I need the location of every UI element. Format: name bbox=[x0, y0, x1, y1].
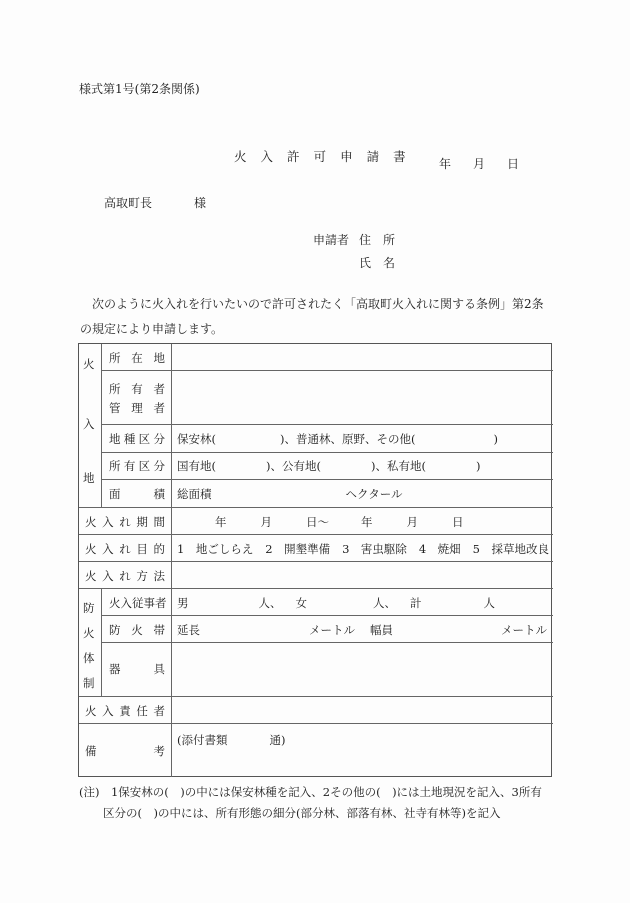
label-char: 分 bbox=[153, 458, 165, 474]
period-start-day: 日〜 bbox=[306, 515, 329, 529]
label-char: 任 bbox=[136, 703, 148, 719]
label-location: 所在地 bbox=[109, 350, 165, 366]
label-area: 面積 bbox=[109, 486, 165, 502]
group-char: 防 bbox=[83, 600, 95, 616]
title-char: 申 bbox=[340, 147, 353, 165]
title-char: 可 bbox=[314, 147, 327, 165]
label-char: 器 bbox=[109, 661, 121, 677]
label-char: 備 bbox=[85, 743, 97, 759]
label-char: れ bbox=[119, 568, 131, 584]
equipment-field[interactable] bbox=[177, 646, 547, 692]
label-char: 火 bbox=[85, 568, 97, 584]
label-method: 火入れ方法 bbox=[85, 568, 165, 584]
ownership-close: ) bbox=[476, 459, 481, 473]
addressee-name: 高取町長 bbox=[104, 196, 152, 210]
group-char: 制 bbox=[83, 675, 95, 691]
applicant-label: 申請者 bbox=[313, 233, 349, 247]
label-char: 間 bbox=[154, 514, 166, 530]
purpose-option-slash-burn[interactable]: 4 焼畑 bbox=[419, 541, 461, 557]
date-day[interactable]: 日 bbox=[507, 155, 519, 172]
period-end-day: 日 bbox=[452, 515, 464, 529]
workers-unit: 人、 bbox=[373, 596, 396, 610]
purpose-option-reclamation[interactable]: 2 開墾準備 bbox=[265, 541, 330, 557]
group-char: 体 bbox=[83, 650, 95, 666]
form-number: 様式第1号(第2条関係) bbox=[79, 80, 200, 97]
period-end-year: 年 bbox=[361, 515, 373, 529]
group-char: 地 bbox=[83, 470, 95, 486]
label-char: 入 bbox=[102, 568, 114, 584]
request-statement: 次のように火入れを行いたいので許可されたく「高取町火入れに関する条例」第2条の規… bbox=[80, 292, 554, 342]
attachment-unit: 通) bbox=[270, 733, 286, 747]
title-char: 請 bbox=[367, 147, 380, 165]
label-char: 的 bbox=[154, 541, 166, 557]
label-char: れ bbox=[119, 541, 131, 557]
remarks-field[interactable]: (添付書類通) bbox=[177, 732, 547, 772]
applicant-address: 申請者住 所 bbox=[313, 231, 395, 248]
label-char: 所 bbox=[109, 350, 121, 366]
owner-field[interactable] bbox=[177, 374, 547, 418]
date-year[interactable]: 年 bbox=[439, 155, 451, 172]
area-prefix: 総面積 bbox=[177, 487, 212, 501]
label-char: 考 bbox=[154, 743, 166, 759]
group-char: 火 bbox=[83, 625, 95, 641]
ownership-public: )、公有地( bbox=[266, 459, 321, 473]
workers-unit: 人 bbox=[484, 596, 496, 610]
responsible-field[interactable] bbox=[177, 701, 547, 719]
land-type-close: ) bbox=[493, 432, 498, 446]
label-responsible: 火入責任者 bbox=[85, 703, 165, 719]
label-remarks: 備考 bbox=[85, 743, 165, 759]
addressee: 高取町長様 bbox=[104, 194, 206, 211]
document-title: 火入許可申請書 bbox=[234, 147, 406, 165]
location-field[interactable] bbox=[177, 350, 547, 366]
workers-unit: 人、 bbox=[259, 596, 282, 610]
group-char: 火 bbox=[83, 357, 95, 371]
label-char: 地 bbox=[154, 350, 166, 366]
label-char: 火 bbox=[85, 541, 97, 557]
label-char: 火 bbox=[85, 514, 97, 530]
group-char: 入 bbox=[83, 416, 95, 432]
label-char: 責 bbox=[119, 703, 131, 719]
applicant-name: 氏 名 bbox=[359, 254, 395, 271]
label-purpose: 火入れ目的 bbox=[85, 541, 165, 557]
workers-total: 計 bbox=[410, 596, 422, 610]
label-char: 有 bbox=[124, 458, 136, 474]
land-type-others: )、普通林、原野、その他( bbox=[280, 432, 415, 446]
title-char: 許 bbox=[287, 147, 300, 165]
firebreak-field[interactable]: 延長 メートル 幅員 メートル bbox=[177, 622, 547, 638]
firebreak-width: 幅員 bbox=[370, 622, 393, 638]
attachment-label: (添付書類 bbox=[177, 733, 228, 747]
period-start-month: 月 bbox=[261, 515, 273, 529]
period-field[interactable]: 年月日〜年月日 bbox=[215, 514, 464, 530]
label-land-type: 地種区分 bbox=[109, 431, 165, 447]
ownership-type-field[interactable]: 国有地()、公有地()、私有地() bbox=[177, 458, 480, 474]
label-equipment: 器具 bbox=[109, 661, 165, 677]
label-char: 区 bbox=[139, 431, 151, 447]
label-char: 者 bbox=[154, 400, 166, 416]
label-char: 火 bbox=[131, 622, 143, 638]
label-ownership-type: 所有区分 bbox=[109, 458, 165, 474]
date-line: 年月日 bbox=[439, 155, 519, 172]
label-char: 分 bbox=[153, 431, 165, 447]
label-owner-line1: 所有者 bbox=[109, 381, 165, 397]
purpose-option-site-prep[interactable]: 1 地ごしらえ bbox=[177, 541, 253, 557]
label-char: 積 bbox=[154, 486, 166, 502]
honorific: 様 bbox=[194, 196, 206, 210]
label-char: れ bbox=[119, 514, 131, 530]
label-char: 区 bbox=[139, 458, 151, 474]
label-char: 防 bbox=[109, 622, 121, 638]
label-char: 管 bbox=[109, 400, 121, 416]
label-char: 所 bbox=[109, 458, 121, 474]
label-char: 火 bbox=[85, 703, 97, 719]
label-char: 者 bbox=[154, 703, 166, 719]
label-char: 期 bbox=[136, 514, 148, 530]
date-month[interactable]: 月 bbox=[473, 155, 485, 172]
label-char: 理 bbox=[131, 400, 143, 416]
label-firebreak: 防火帯 bbox=[109, 622, 165, 638]
purpose-option-pasture[interactable]: 5 採草地改良 bbox=[473, 541, 549, 557]
label-char: 地 bbox=[109, 431, 121, 447]
land-type-field[interactable]: 保安林()、普通林、原野、その他() bbox=[177, 431, 498, 447]
label-period: 火入れ期間 bbox=[85, 514, 165, 530]
firebreak-meter: メートル bbox=[309, 622, 355, 638]
label-owner-line2: 管理者 bbox=[109, 400, 165, 416]
period-end-month: 月 bbox=[407, 515, 419, 529]
label-char: 帯 bbox=[154, 622, 166, 638]
notes: (注) 1保安林の( )の中には保安林種を記入、2その他の( )には土地現況を記… bbox=[79, 782, 542, 824]
title-char: 火 bbox=[234, 147, 247, 165]
group-label-fire-land: 火 bbox=[83, 357, 95, 371]
label-char: 所 bbox=[109, 381, 121, 397]
ownership-private: )、私有地( bbox=[371, 459, 426, 473]
label-char: 入 bbox=[102, 514, 114, 530]
area-field[interactable]: 総面積ヘクタール bbox=[177, 486, 403, 502]
label-workers: 火入従事者 bbox=[109, 595, 167, 611]
title-char: 入 bbox=[261, 147, 274, 165]
label-char: 者 bbox=[154, 381, 166, 397]
workers-female: 女 bbox=[296, 596, 308, 610]
label-char: 入 bbox=[102, 541, 114, 557]
land-type-forest-reserve: 保安林( bbox=[177, 432, 216, 446]
label-char: 目 bbox=[136, 541, 148, 557]
label-char: 方 bbox=[136, 568, 148, 584]
address-label: 住 所 bbox=[359, 233, 395, 247]
label-char: 具 bbox=[154, 661, 166, 677]
title-char: 書 bbox=[393, 147, 406, 165]
permit-table: 火 入 地 所在地 所有者 管理者 地種区分 保安林()、普通林、原野、その他(… bbox=[78, 343, 552, 777]
area-unit: ヘクタール bbox=[346, 487, 403, 501]
label-char: 種 bbox=[124, 431, 136, 447]
workers-field[interactable]: 男人、女人、計人 bbox=[177, 595, 495, 611]
firebreak-length: 延長 bbox=[177, 623, 200, 637]
purpose-option-pest-control[interactable]: 3 害虫駆除 bbox=[342, 541, 407, 557]
label-char: 有 bbox=[131, 381, 143, 397]
note-line-2: 区分の( )の中には、所有形態の細分(部分林、部落有林、社寺有林等)を記入 bbox=[79, 803, 542, 824]
label-char: 法 bbox=[154, 568, 166, 584]
label-char: 入 bbox=[102, 703, 114, 719]
method-field[interactable] bbox=[177, 566, 547, 584]
workers-male: 男 bbox=[177, 596, 189, 610]
note-line-1: (注) 1保安林の( )の中には保安林種を記入、2その他の( )には土地現況を記… bbox=[79, 782, 542, 803]
label-char: 面 bbox=[109, 486, 121, 502]
label-char: 在 bbox=[131, 350, 143, 366]
ownership-national: 国有地( bbox=[177, 459, 216, 473]
period-start-year: 年 bbox=[215, 515, 227, 529]
purpose-options: 1 地ごしらえ 2 開墾準備 3 害虫駆除 4 焼畑 5 採草地改良 bbox=[177, 541, 549, 557]
firebreak-meter: メートル bbox=[501, 622, 547, 638]
